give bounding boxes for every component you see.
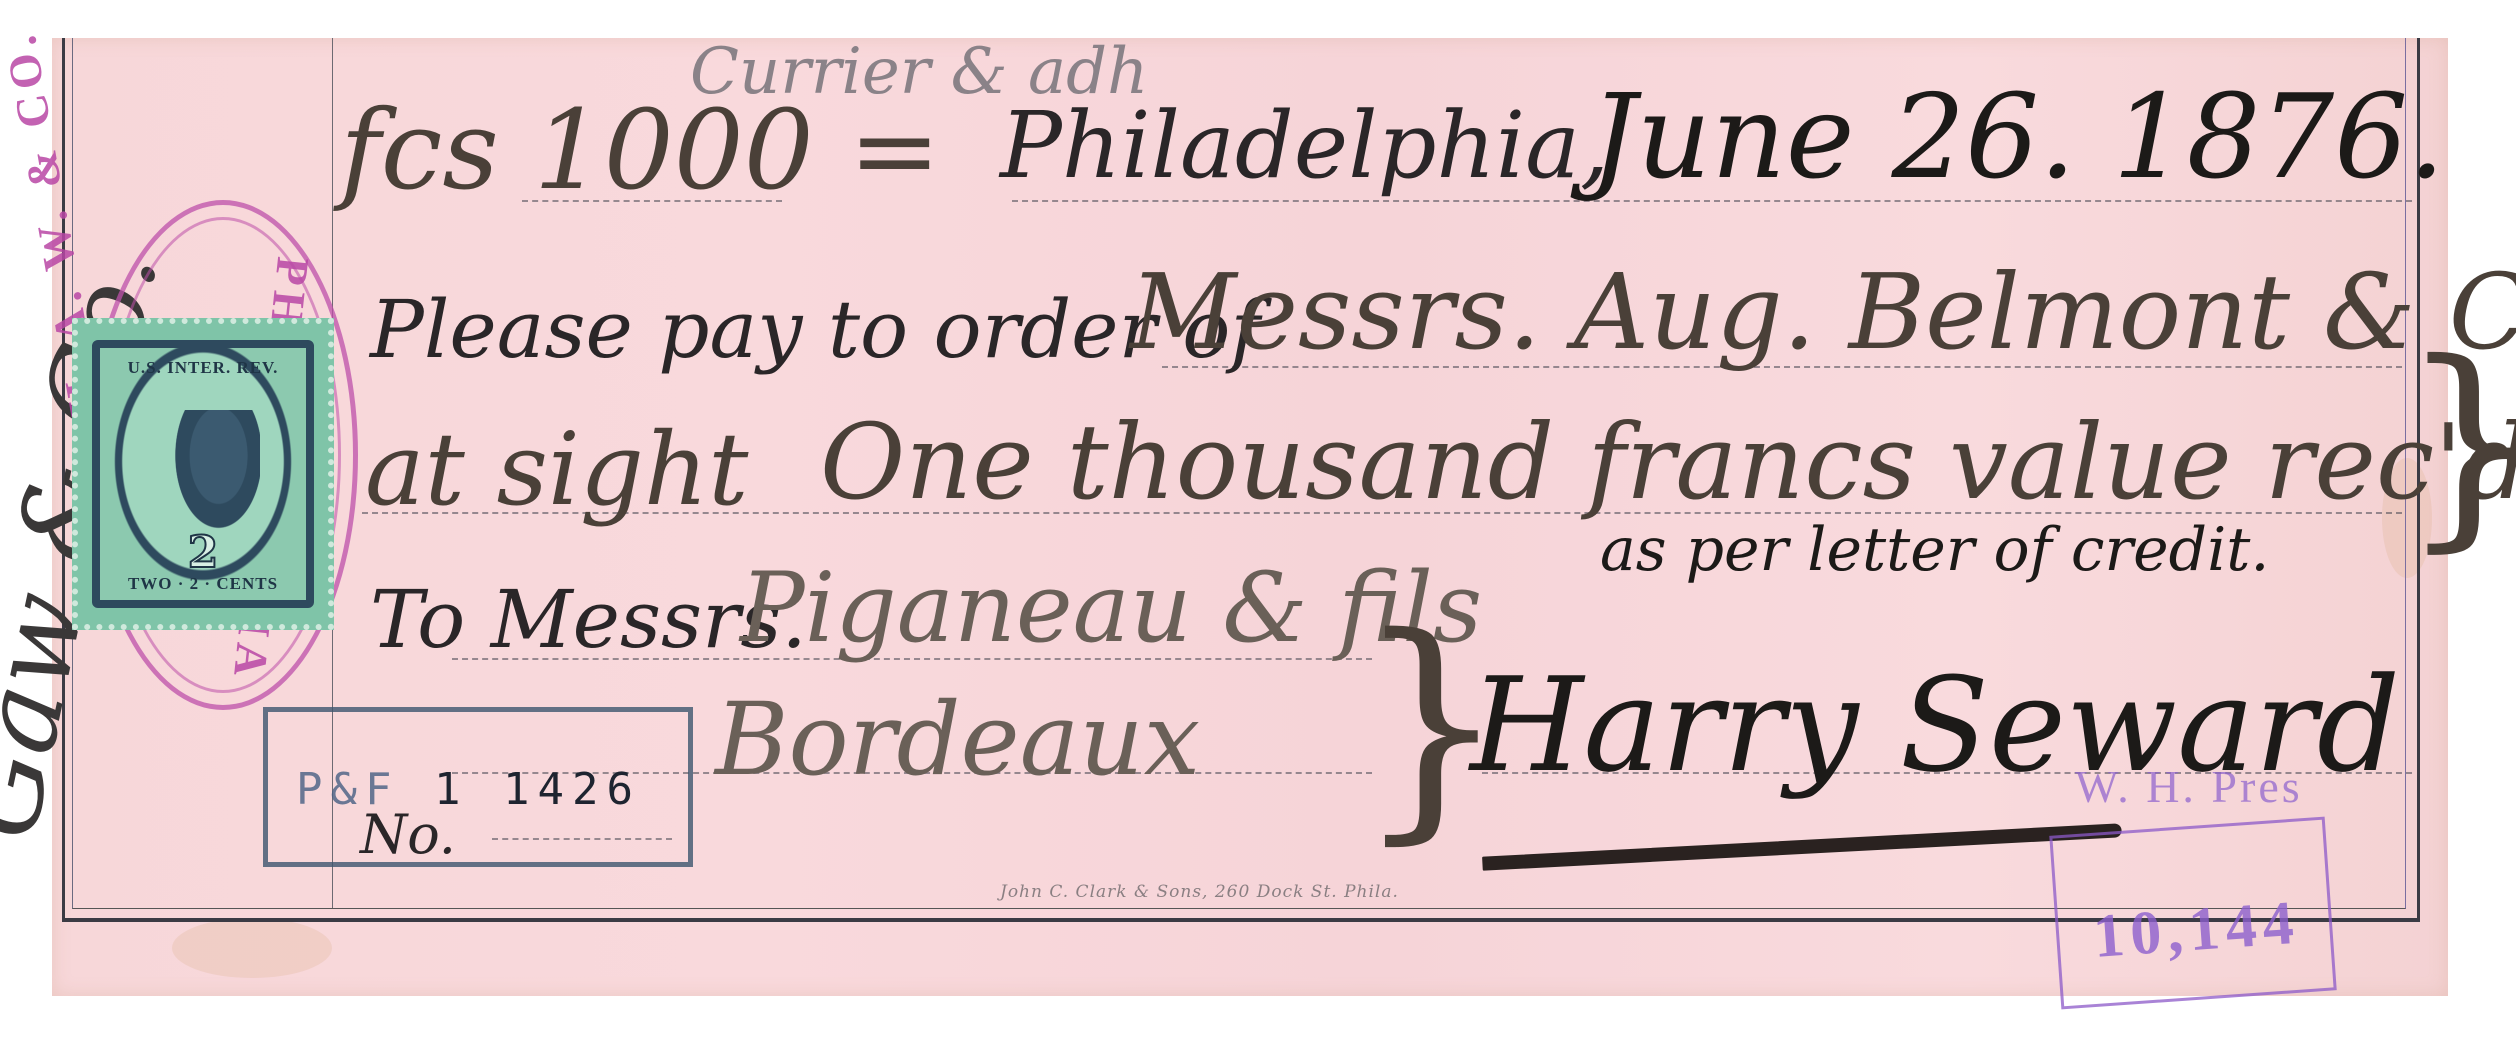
amount-brace: } — [2400, 315, 2516, 571]
drawee-city: Bordeaux — [715, 690, 1200, 790]
payee-name: Messrs. Aug. Belmont & Co — [1130, 260, 2516, 364]
pf-number-stamp: P&F 1 1426 — [263, 707, 693, 867]
stamp-top-text: U.S. INTER. REV. — [100, 358, 306, 378]
pf-stamp-text: P&F 1 1426 — [296, 764, 641, 815]
paper-stain — [172, 918, 332, 978]
place-printed: Philadelphia, — [1000, 100, 1609, 192]
letter-of-credit-note: as per letter of credit. — [1600, 520, 2269, 580]
pf-number: 1426 — [503, 764, 641, 815]
liberty-portrait-icon — [168, 410, 260, 540]
revenue-stamp: U.S. INTER. REV. 2 TWO · 2 · CENTS — [72, 318, 334, 630]
pay-to-order-printed: Please pay to order of — [370, 290, 1260, 370]
fee-number: 10,144 — [2091, 888, 2302, 973]
pres-stamp: W. H. Pres — [2075, 760, 2303, 813]
stamp-frame: U.S. INTER. REV. 2 TWO · 2 · CENTS — [92, 340, 314, 608]
stamp-bottom-text: TWO · 2 · CENTS — [100, 574, 306, 594]
number-label: No. — [360, 808, 456, 862]
at-sight-text: at sight — [365, 420, 749, 520]
amount-figure: fcs 1000 = — [340, 95, 941, 205]
printer-imprint: John C. Clark & Sons, 260 Dock St. Phila… — [1000, 882, 1399, 902]
stamp-denomination: 2 — [100, 527, 306, 578]
amount-in-words: One thousand francs value rec'd — [820, 410, 2516, 514]
date-handwritten: June 26. 1876. — [1590, 80, 2445, 196]
fee-number-stamp: 10,144 — [2049, 817, 2336, 1010]
